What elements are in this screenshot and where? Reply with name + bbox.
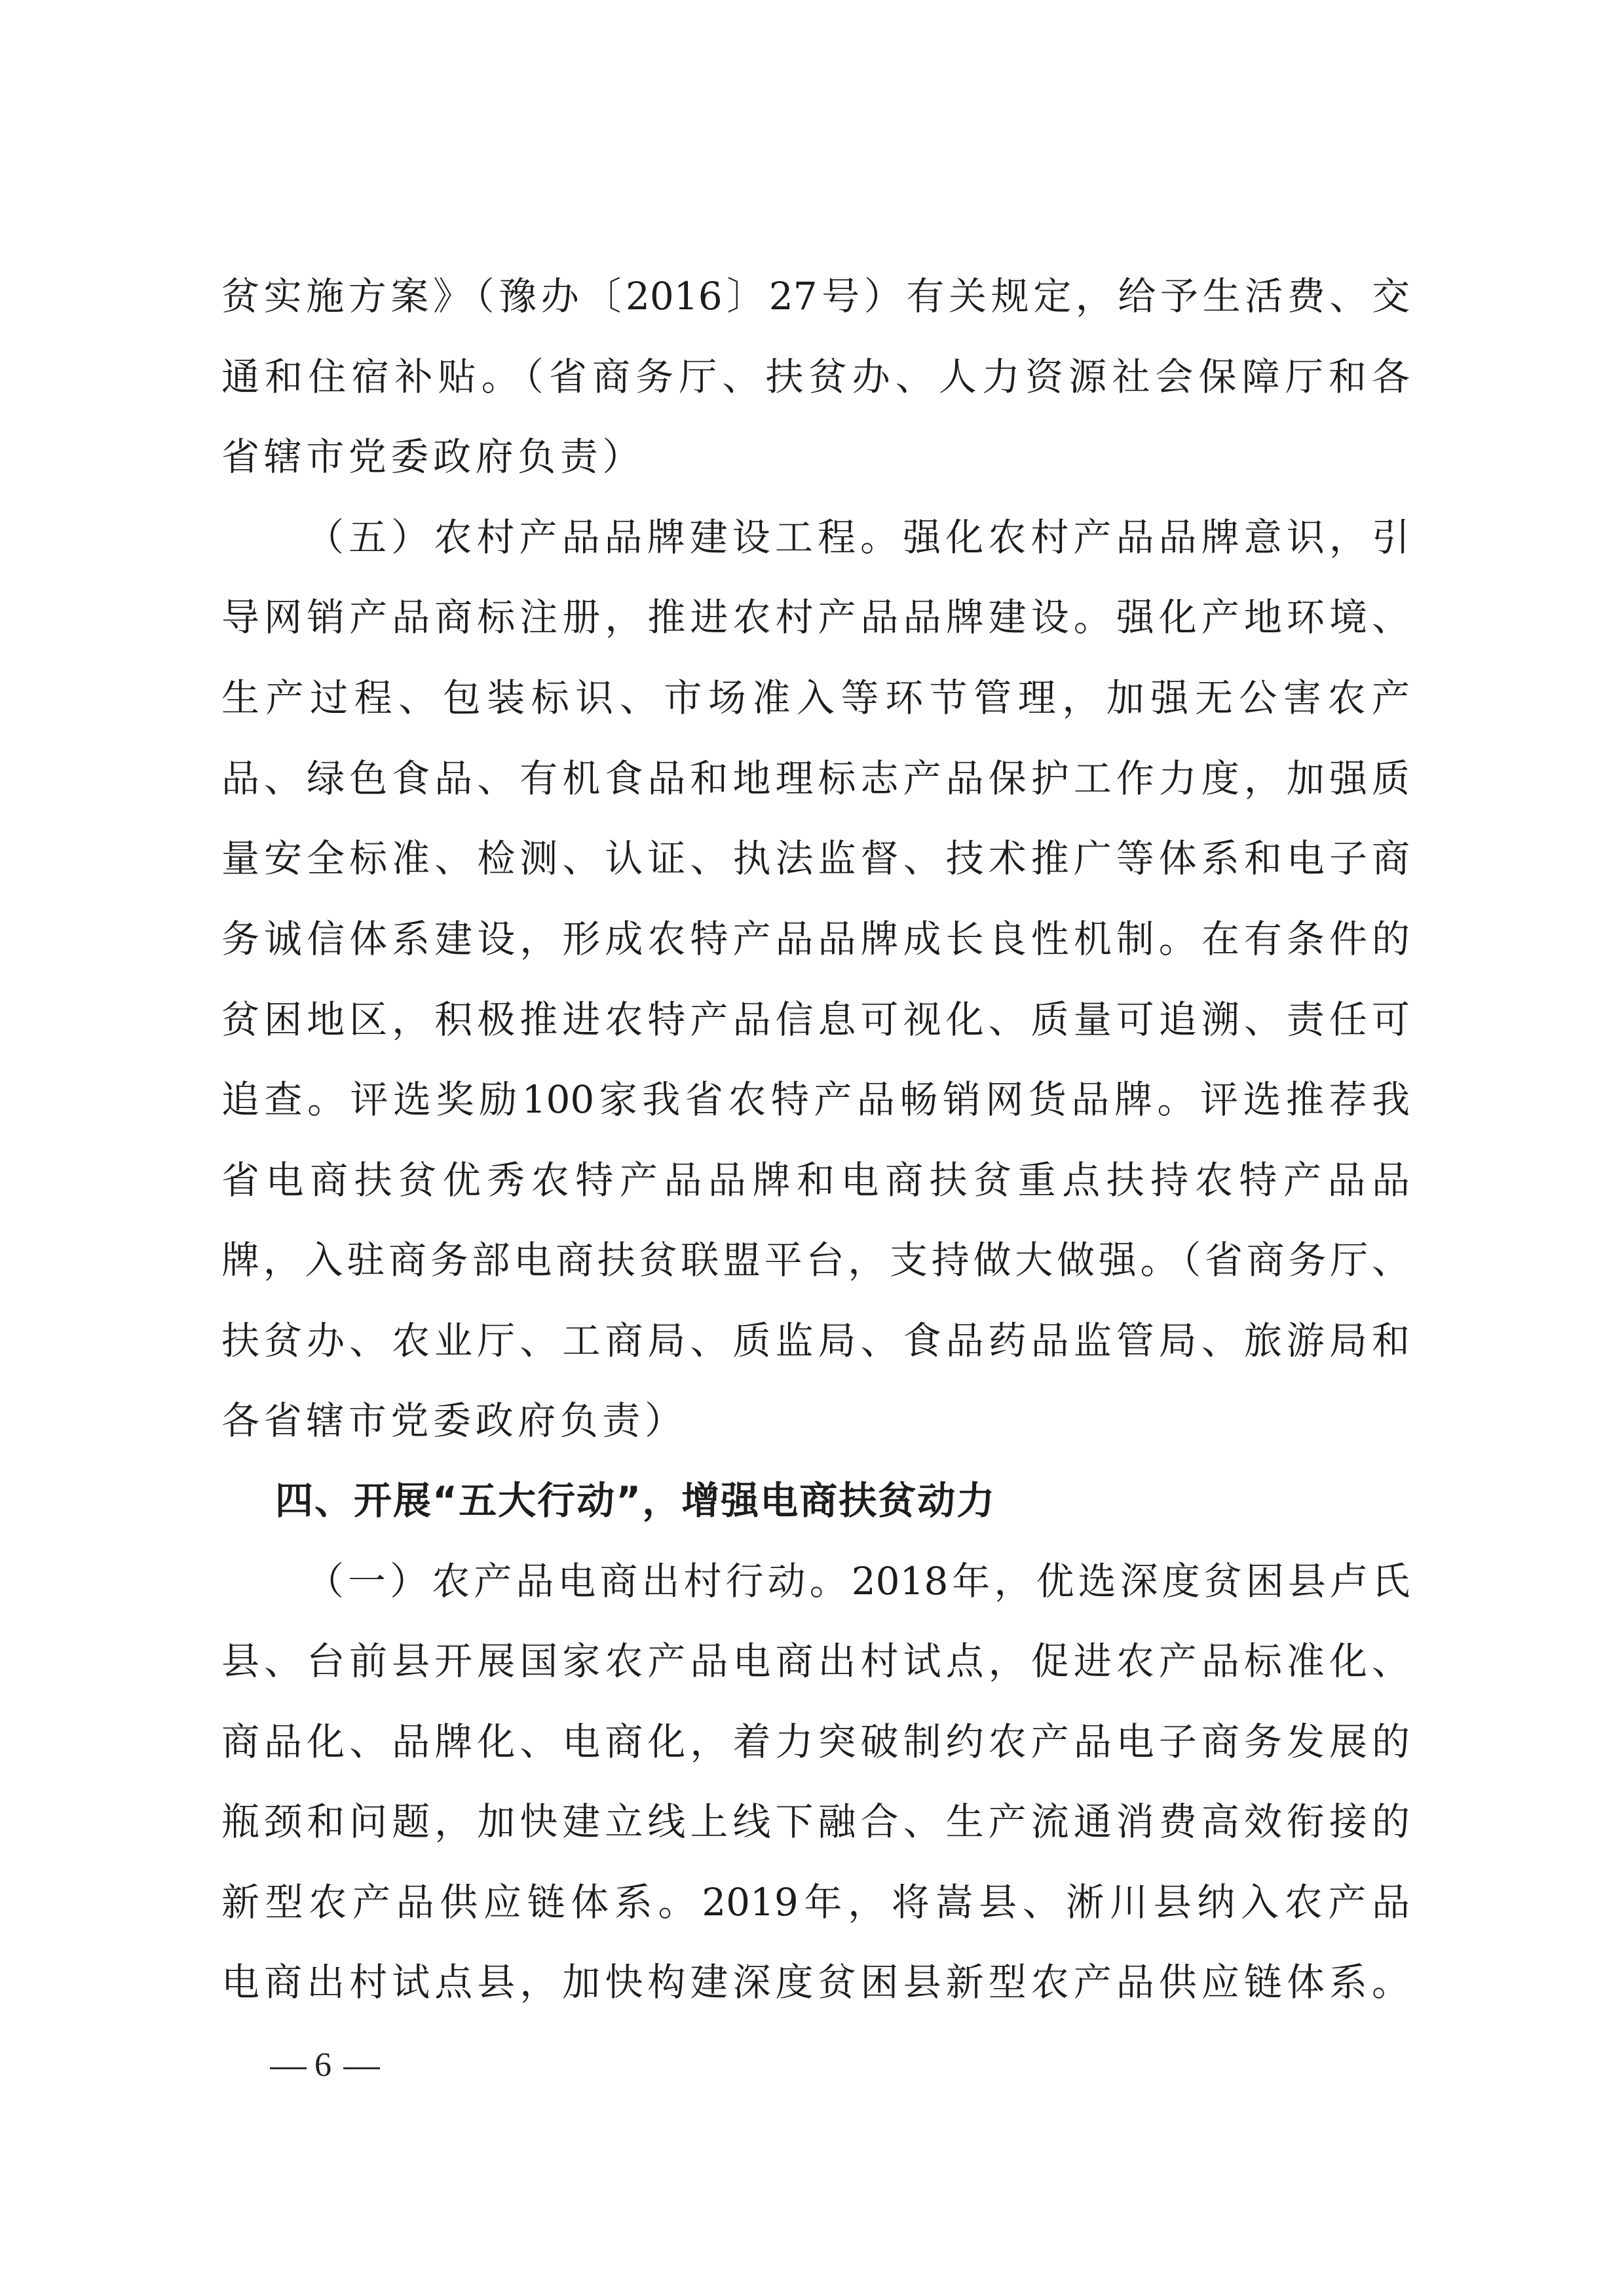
body-text-line: 省辖市党委政府负责） [221, 430, 1410, 483]
body-text-line: 量安全标准、检测、认证、执法监督、技术推广等体系和电子商 [221, 832, 1410, 885]
body-text: 强化农村产品品牌意识，引 [903, 515, 1410, 560]
run-in-heading: （一）农产品电商出村行动。 [306, 1559, 852, 1603]
body-text-line: 牌，入驻商务部电商扶贫联盟平台，支持做大做强。（省商务厅、 [221, 1234, 1410, 1286]
document-page: 贫实施方案》（豫办〔2016〕27号）有关规定，给予生活费、交 通和住宿补贴。（… [0, 0, 1624, 2296]
paragraph-first-line: （一）农产品电商出村行动。2018年，优选深度贫困县卢氏 [306, 1555, 1410, 1607]
body-text-line: 贫实施方案》（豫办〔2016〕27号）有关规定，给予生活费、交 [221, 270, 1410, 322]
body-text-line: 各省辖市党委政府负责） [221, 1394, 1410, 1447]
body-text-line: 品、绿色食品、有机食品和地理标志产品保护工作力度，加强质 [221, 752, 1410, 805]
section-heading: 四、开展“五大行动”，增强电商扶贫动力 [275, 1474, 996, 1527]
body-text-line: 生产过程、包装标识、市场准入等环节管理，加强无公害农产 [221, 672, 1410, 724]
body-text-line: 导网销产品商标注册，推进农村产品品牌建设。强化产地环境、 [221, 591, 1410, 643]
body-text-line: 追查。评选奖励100家我省农特产品畅销网货品牌。评选推荐我 [221, 1073, 1410, 1126]
body-text-line: 县、台前县开展国家农产品电商出村试点，促进农产品标准化、 [221, 1635, 1410, 1687]
body-text-line: 贫困地区，积极推进农特产品信息可视化、质量可追溯、责任可 [221, 993, 1410, 1046]
dash-left-icon [270, 2067, 307, 2069]
body-text-line: 新型农产品供应链体系。2019年，将嵩县、淅川县纳入农产品 [221, 1876, 1410, 1928]
body-text-line: 务诚信体系建设，形成农特产品品牌成长良性机制。在有条件的 [221, 913, 1410, 965]
body-text-line: 扶贫办、农业厅、工商局、质监局、食品药品监管局、旅游局和 [221, 1314, 1410, 1367]
body-text-line: 电商出村试点县，加快构建深度贫困县新型农产品供应链体系。 [221, 1956, 1410, 2008]
page-number: 6 [262, 2046, 388, 2085]
body-text-line: 商品化、品牌化、电商化，着力突破制约农产品电子商务发展的 [221, 1715, 1410, 1768]
body-text-line: 省电商扶贫优秀农特产品品牌和电商扶贫重点扶持农特产品品 [221, 1154, 1410, 1206]
dash-right-icon [343, 2067, 380, 2069]
page-number-value: 6 [314, 2046, 335, 2084]
run-in-heading: （五）农村产品品牌建设工程。 [306, 515, 903, 560]
body-text-line: 瓶颈和问题，加快建立线上线下融合、生产流通消费高效衔接的 [221, 1795, 1410, 1848]
body-text: 2018年，优选深度贫困县卢氏 [852, 1559, 1410, 1603]
paragraph-first-line: （五）农村产品品牌建设工程。强化农村产品品牌意识，引 [306, 511, 1410, 564]
body-text-line: 通和住宿补贴。（省商务厅、扶贫办、人力资源社会保障厅和各 [221, 351, 1410, 403]
